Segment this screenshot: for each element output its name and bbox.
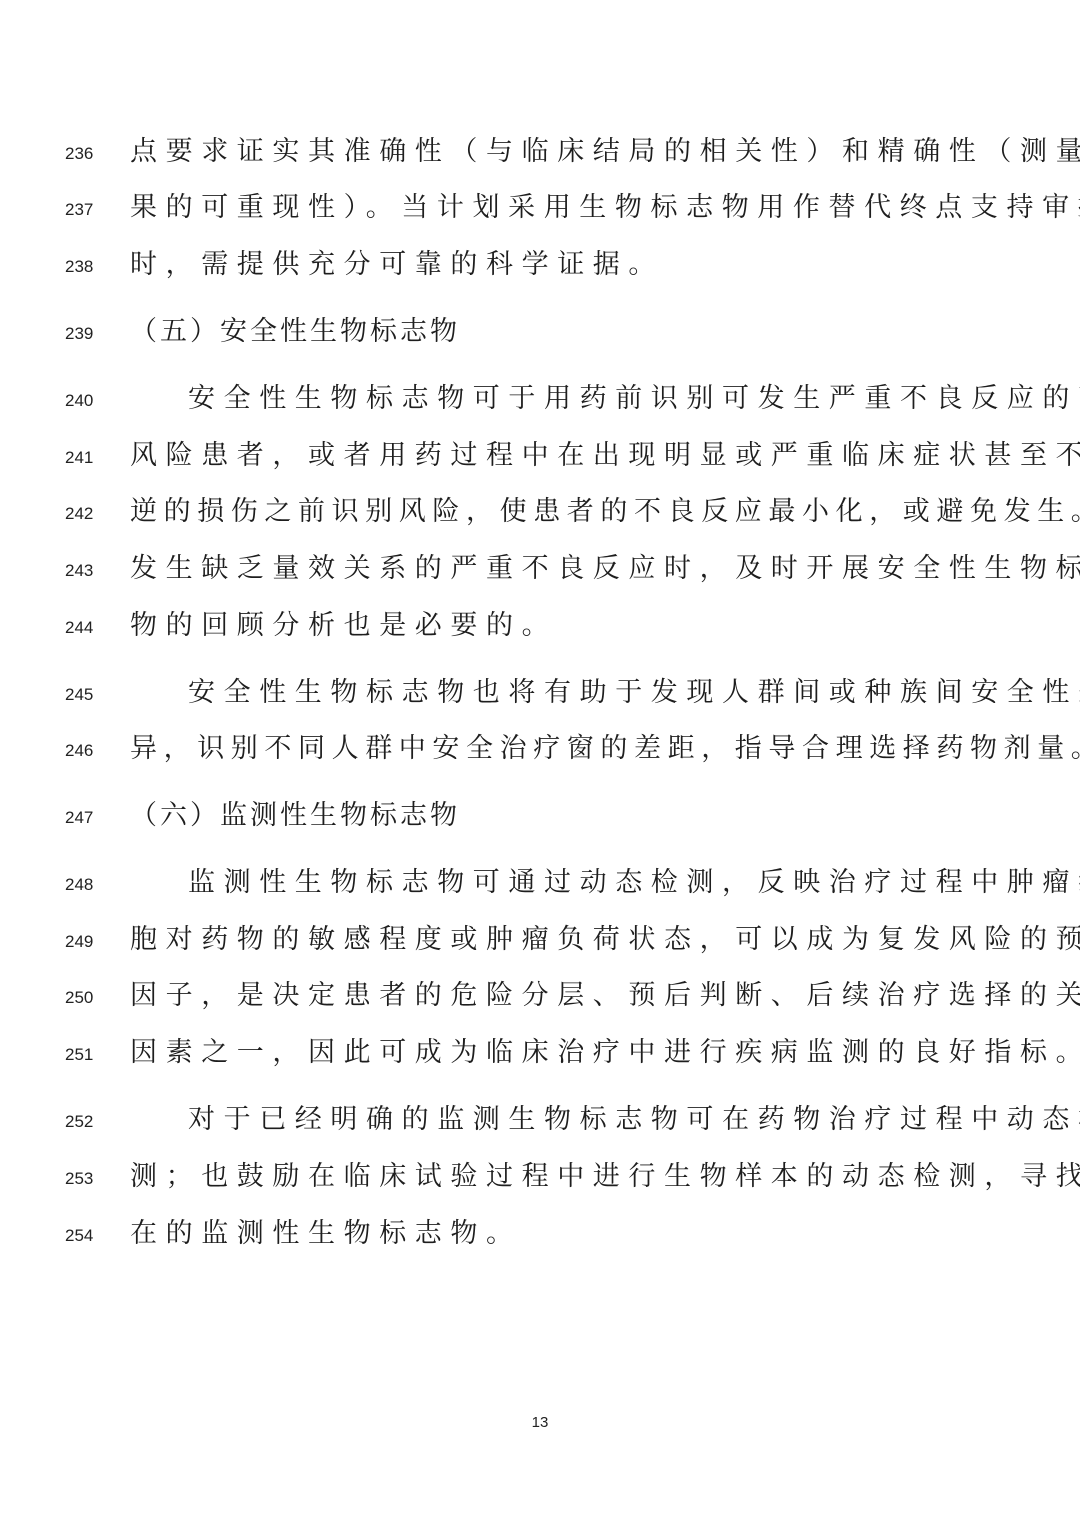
line-250: 250 因子，是决定患者的危险分层、预后判断、后续治疗选择的关键: [0, 978, 1080, 1018]
line-text: 测；也鼓励在临床试验过程中进行生物样本的动态检测，寻找潜: [130, 1159, 1080, 1195]
line-248: 248 监测性生物标志物可通过动态检测，反映治疗过程中肿瘤细: [0, 865, 1080, 905]
line-number: 251: [65, 1045, 93, 1065]
line-252: 252 对于已经明确的监测生物标志物可在药物治疗过程中动态检: [0, 1102, 1080, 1142]
line-247: 247 （六）监测性生物标志物: [0, 798, 1080, 838]
line-text: 发生缺乏量效关系的严重不良反应时，及时开展安全性生物标志: [130, 551, 1080, 587]
line-text: 物的回顾分析也是必要的。: [130, 608, 557, 644]
line-text: 因素之一，因此可成为临床治疗中进行疾病监测的良好指标。: [130, 1035, 1080, 1071]
line-text: 异，识别不同人群中安全治疗窗的差距，指导合理选择药物剂量。: [130, 731, 1080, 767]
line-text: 在的监测性生物标志物。: [130, 1216, 522, 1252]
line-text: 安全性生物标志物也将有助于发现人群间或种族间安全性差: [188, 675, 1080, 711]
section-heading-6: （六）监测性生物标志物: [130, 798, 460, 834]
section-heading-5: （五）安全性生物标志物: [130, 314, 460, 350]
line-243: 243 发生缺乏量效关系的严重不良反应时，及时开展安全性生物标志: [0, 551, 1080, 591]
line-number: 252: [65, 1112, 93, 1132]
line-number: 247: [65, 808, 93, 828]
line-244: 244 物的回顾分析也是必要的。: [0, 608, 1080, 648]
line-number: 254: [65, 1226, 93, 1246]
line-number: 238: [65, 257, 93, 277]
line-246: 246 异，识别不同人群中安全治疗窗的差距，指导合理选择药物剂量。: [0, 731, 1080, 771]
line-text: 对于已经明确的监测生物标志物可在药物治疗过程中动态检: [188, 1102, 1080, 1138]
line-249: 249 胞对药物的敏感程度或肿瘤负荷状态，可以成为复发风险的预测: [0, 922, 1080, 962]
page-number: 13: [0, 1414, 1080, 1431]
line-number: 242: [65, 504, 93, 524]
line-237: 237 果的可重现性）。当计划采用生物标志物用作替代终点支持审批: [0, 190, 1080, 230]
line-number: 244: [65, 618, 93, 638]
line-number: 245: [65, 685, 93, 705]
line-241: 241 风险患者，或者用药过程中在出现明显或严重临床症状甚至不可: [0, 438, 1080, 478]
line-number: 236: [65, 144, 93, 164]
line-text: 点要求证实其准确性（与临床结局的相关性）和精确性（测量结: [130, 134, 1080, 170]
line-number: 239: [65, 324, 93, 344]
line-number: 250: [65, 988, 93, 1008]
line-240: 240 安全性生物标志物可于用药前识别可发生严重不良反应的高: [0, 381, 1080, 421]
line-text: 因子，是决定患者的危险分层、预后判断、后续治疗选择的关键: [130, 978, 1080, 1014]
line-number: 241: [65, 448, 93, 468]
line-text: 风险患者，或者用药过程中在出现明显或严重临床症状甚至不可: [130, 438, 1080, 474]
line-text: 果的可重现性）。当计划采用生物标志物用作替代终点支持审批: [130, 190, 1080, 226]
line-number: 246: [65, 741, 93, 761]
line-text: 监测性生物标志物可通过动态检测，反映治疗过程中肿瘤细: [188, 865, 1080, 901]
line-number: 237: [65, 200, 93, 220]
line-number: 249: [65, 932, 93, 952]
line-text: 胞对药物的敏感程度或肿瘤负荷状态，可以成为复发风险的预测: [130, 922, 1080, 958]
line-236: 236 点要求证实其准确性（与临床结局的相关性）和精确性（测量结: [0, 134, 1080, 174]
line-239: 239 （五）安全性生物标志物: [0, 314, 1080, 354]
line-254: 254 在的监测性生物标志物。: [0, 1216, 1080, 1256]
line-number: 253: [65, 1169, 93, 1189]
line-238: 238 时，需提供充分可靠的科学证据。: [0, 247, 1080, 287]
line-text: 安全性生物标志物可于用药前识别可发生严重不良反应的高: [188, 381, 1080, 417]
line-text: 时，需提供充分可靠的科学证据。: [130, 247, 664, 283]
line-text: 逆的损伤之前识别风险，使患者的不良反应最小化，或避免发生。: [130, 494, 1080, 530]
line-251: 251 因素之一，因此可成为临床治疗中进行疾病监测的良好指标。: [0, 1035, 1080, 1075]
line-number: 248: [65, 875, 93, 895]
line-242: 242 逆的损伤之前识别风险，使患者的不良反应最小化，或避免发生。: [0, 494, 1080, 534]
line-245: 245 安全性生物标志物也将有助于发现人群间或种族间安全性差: [0, 675, 1080, 715]
line-number: 243: [65, 561, 93, 581]
line-number: 240: [65, 391, 93, 411]
line-253: 253 测；也鼓励在临床试验过程中进行生物样本的动态检测，寻找潜: [0, 1159, 1080, 1199]
